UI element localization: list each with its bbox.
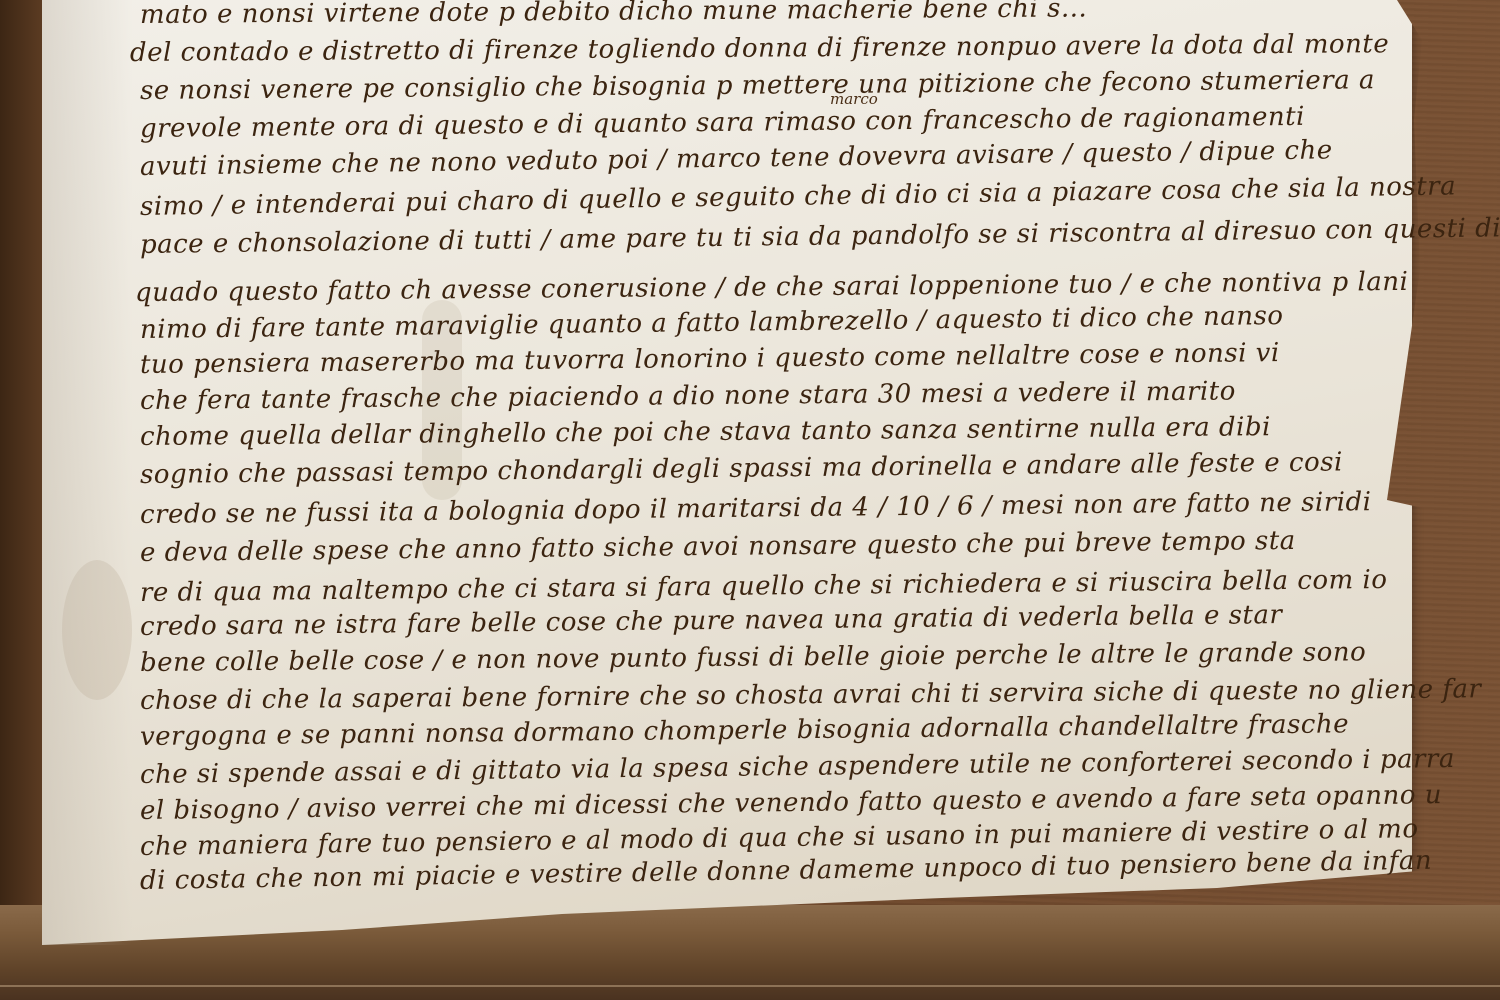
paper-margin-shade (42, 0, 132, 945)
display-case-frame (0, 0, 42, 960)
interlinear-note: marco (830, 90, 878, 108)
shelf-edge (0, 985, 1500, 987)
